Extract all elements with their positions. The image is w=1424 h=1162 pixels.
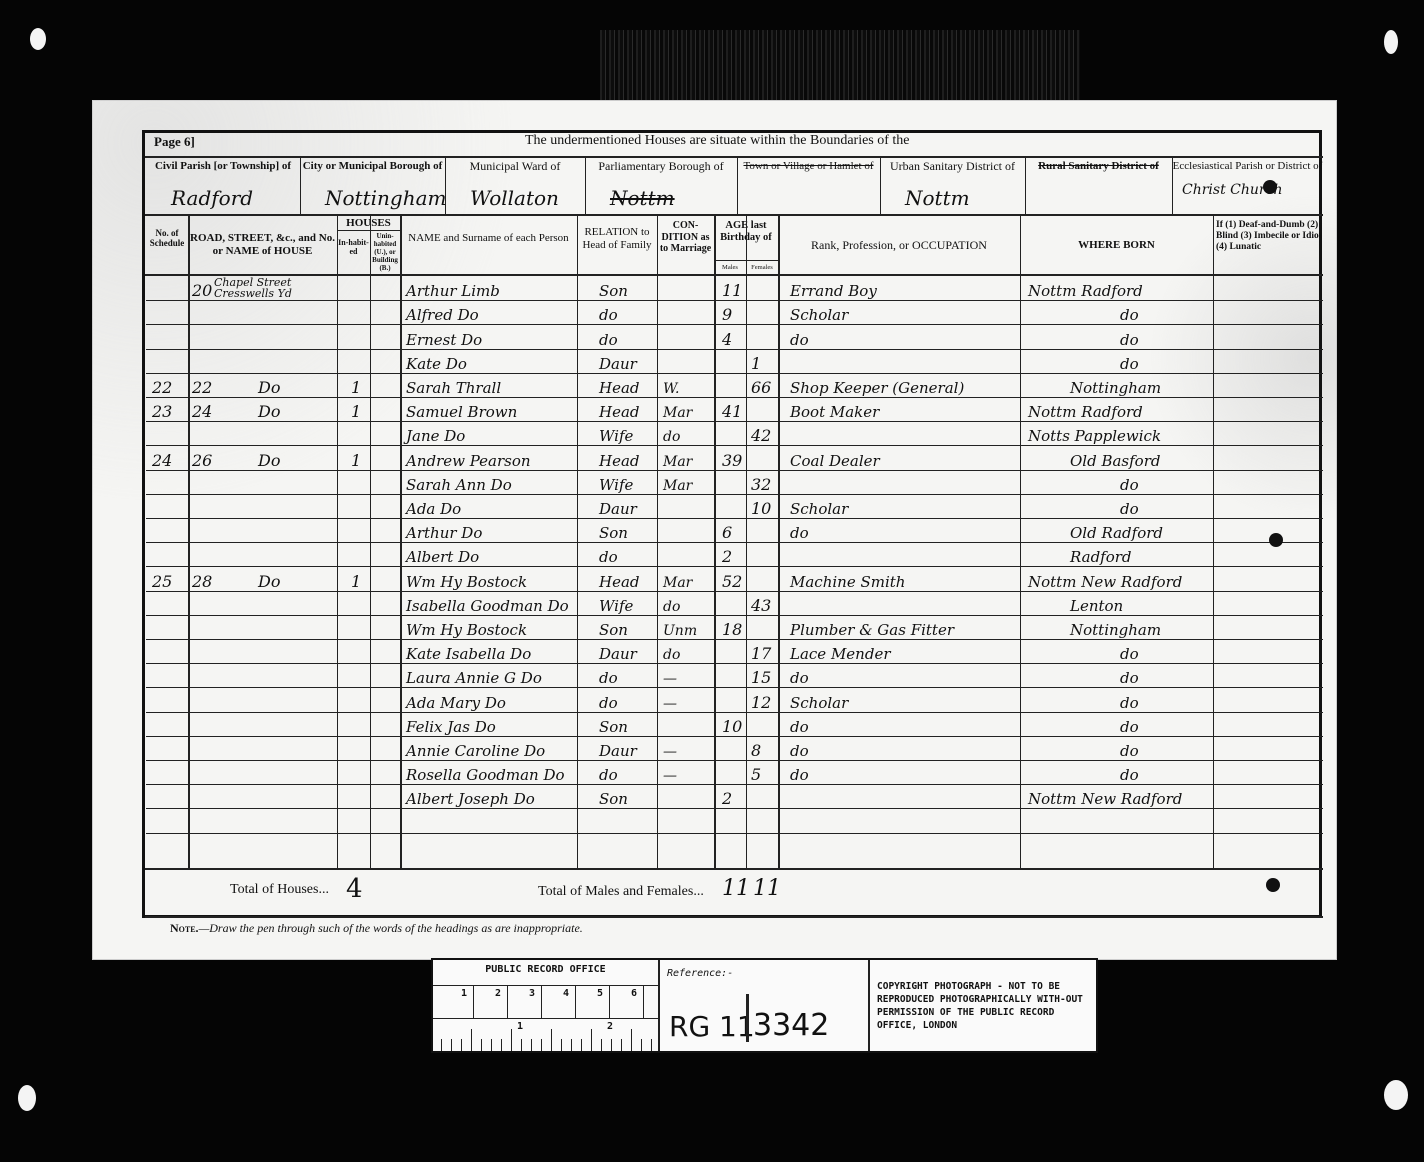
house-number: 24	[192, 397, 227, 421]
relation: do	[599, 760, 655, 784]
road-name	[258, 663, 318, 687]
person-name: Laura Annie G Do	[406, 663, 575, 687]
road-name: Chapel Street Cresswells Yd	[214, 276, 335, 300]
rule	[433, 1018, 658, 1019]
relation: Wife	[599, 591, 655, 615]
relation: do	[599, 663, 655, 687]
relation: Daur	[599, 349, 655, 373]
schedule-number: 22	[152, 373, 186, 397]
ruler-tick	[451, 1039, 452, 1051]
birthplace: do	[1120, 712, 1209, 736]
column-header: Females	[746, 264, 778, 271]
house-number: 22	[192, 373, 227, 397]
ruler-mark: 2	[495, 988, 501, 999]
female-age: 12	[751, 687, 777, 711]
male-age	[722, 591, 744, 615]
road-name	[258, 421, 318, 445]
reference-series: RG 11	[669, 1010, 755, 1043]
marital-condition: Unm	[663, 615, 712, 639]
ruler-tick	[631, 1029, 632, 1051]
male-age: 10	[722, 712, 744, 736]
ruler-tick	[571, 1039, 572, 1051]
rule	[145, 214, 1323, 216]
ruler-tick	[501, 1039, 502, 1051]
column-header: Unin-habited (U.), or Building (B.)	[370, 232, 400, 272]
ruler-mark: 1	[461, 988, 467, 999]
birthplace: Nottm New Radford	[1028, 784, 1209, 808]
road-name	[258, 470, 318, 494]
row-rule	[146, 833, 1323, 834]
relation: Son	[599, 712, 655, 736]
relation: do	[599, 324, 655, 348]
inhabited-count	[351, 324, 371, 348]
inhabited-count	[351, 808, 371, 832]
marital-condition	[663, 276, 712, 300]
ruler-tick	[611, 1039, 612, 1051]
male-age	[722, 639, 744, 663]
inhabited-count	[351, 615, 371, 639]
road-name	[258, 300, 318, 324]
ruler-tick	[541, 1039, 542, 1051]
ruler-tick	[507, 985, 508, 1018]
schedule-number	[152, 349, 186, 373]
boundary-value: Wollaton	[470, 186, 559, 210]
male-age	[722, 808, 744, 832]
ruler-mark: 1	[517, 1021, 523, 1032]
ruler-tick	[473, 985, 474, 1018]
male-age: 2	[722, 784, 744, 808]
inhabited-count	[351, 542, 371, 566]
ruler-mark: 4	[563, 988, 569, 999]
marital-condition: —	[663, 663, 712, 687]
female-age: 8	[751, 736, 777, 760]
boundary-label: City or Municipal Borough of	[300, 160, 445, 173]
schedule-number	[152, 784, 186, 808]
marital-condition	[663, 542, 712, 566]
relation: Daur	[599, 639, 655, 663]
column-header: Males	[714, 264, 746, 271]
ruler-mark: 3	[529, 988, 535, 999]
male-age	[722, 421, 744, 445]
occupation	[790, 542, 1018, 566]
birthplace: Lenton	[1070, 591, 1209, 615]
person-name: Kate Isabella Do	[406, 639, 575, 663]
marital-condition	[663, 518, 712, 542]
occupation	[790, 349, 1018, 373]
boundary-label: Urban Sanitary District of	[880, 160, 1025, 174]
ruler-tick	[551, 1029, 552, 1051]
marital-condition: —	[663, 687, 712, 711]
ruler-tick	[581, 1039, 582, 1051]
road-name: Do	[258, 445, 318, 469]
relation: Son	[599, 615, 655, 639]
inhabited-count	[351, 784, 371, 808]
occupation: Lace Mender	[790, 639, 1018, 663]
male-age	[722, 349, 744, 373]
house-number	[192, 639, 227, 663]
person-name: Felix Jas Do	[406, 712, 575, 736]
relation: Son	[599, 784, 655, 808]
birthplace: do	[1120, 300, 1209, 324]
ruler-tick	[481, 1039, 482, 1051]
male-age	[722, 687, 744, 711]
road-name	[258, 808, 318, 832]
inhabited-count	[351, 663, 371, 687]
female-age: 10	[751, 494, 777, 518]
occupation: Plumber & Gas Fitter	[790, 615, 1018, 639]
occupation: do	[790, 518, 1018, 542]
birthplace: Radford	[1070, 542, 1209, 566]
female-age: 5	[751, 760, 777, 784]
inhabited-count	[351, 470, 371, 494]
birthplace: do	[1120, 349, 1209, 373]
schedule-number	[152, 760, 186, 784]
form-note: Note.—Draw the pen through such of the w…	[170, 921, 583, 936]
column-header: WHERE BORN	[1020, 239, 1213, 252]
occupation: Shop Keeper (General)	[790, 373, 1018, 397]
schedule-number	[152, 494, 186, 518]
birthplace: Nottm Radford	[1028, 397, 1209, 421]
house-number	[192, 470, 227, 494]
house-number	[192, 736, 227, 760]
occupation: do	[790, 324, 1018, 348]
boundary-value: Nottm	[905, 186, 970, 210]
birthplace: Nottingham	[1070, 615, 1209, 639]
house-number	[192, 349, 227, 373]
house-number: 26	[192, 445, 227, 469]
schedule-number: 24	[152, 445, 186, 469]
female-age	[751, 276, 777, 300]
male-age: 41	[722, 397, 744, 421]
boundary-value: Radford	[171, 186, 253, 210]
house-number	[192, 784, 227, 808]
marital-condition: do	[663, 421, 712, 445]
birthplace: Nottm New Radford	[1028, 566, 1209, 590]
road-name	[258, 687, 318, 711]
boundary-label: Town or Village or Hamlet of	[737, 160, 880, 173]
female-age: 32	[751, 470, 777, 494]
marital-condition: do	[663, 639, 712, 663]
relation: Son	[599, 518, 655, 542]
occupation: Boot Maker	[790, 397, 1018, 421]
total-houses-label: Total of Houses...	[230, 882, 329, 898]
ruler-tick	[651, 1039, 652, 1051]
ruler-tick	[575, 985, 576, 1018]
schedule-number	[152, 663, 186, 687]
occupation: do	[790, 760, 1018, 784]
inhabited-count	[351, 300, 371, 324]
marital-condition: W.	[663, 373, 712, 397]
occupation: do	[790, 712, 1018, 736]
ruler-tick	[609, 985, 610, 1018]
house-number	[192, 494, 227, 518]
column-header: NAME and Surname of each Person	[400, 232, 577, 245]
person-name: Arthur Do	[406, 518, 575, 542]
inhabited-count	[351, 494, 371, 518]
road-name	[258, 736, 318, 760]
road-name	[258, 639, 318, 663]
female-age: 42	[751, 421, 777, 445]
birthplace: do	[1120, 663, 1209, 687]
male-age	[722, 470, 744, 494]
occupation: do	[790, 663, 1018, 687]
inhabited-count	[351, 639, 371, 663]
relation: Daur	[599, 736, 655, 760]
female-age	[751, 445, 777, 469]
occupation: Machine Smith	[790, 566, 1018, 590]
house-number	[192, 615, 227, 639]
male-age: 4	[722, 324, 744, 348]
column-header: If (1) Deaf-and-Dumb (2) Blind (3) Imbec…	[1216, 220, 1323, 253]
birthplace: Old Radford	[1070, 518, 1209, 542]
reference-divider	[746, 994, 749, 1042]
ruler-tick	[521, 1039, 522, 1051]
house-number	[192, 518, 227, 542]
column-header: No. of Schedule	[146, 228, 188, 249]
relation: Head	[599, 445, 655, 469]
person-name: Annie Caroline Do	[406, 736, 575, 760]
schedule-number	[152, 300, 186, 324]
rule	[337, 230, 400, 231]
schedule-number	[152, 591, 186, 615]
public-record-office-stamp: PUBLIC RECORD OFFICE 12345612 Reference:…	[431, 958, 1098, 1053]
person-name: Albert Do	[406, 542, 575, 566]
schedule-number	[152, 712, 186, 736]
birthplace: do	[1120, 687, 1209, 711]
road-name	[258, 518, 318, 542]
occupation	[790, 808, 1018, 832]
female-age: 66	[751, 373, 777, 397]
female-age	[751, 712, 777, 736]
female-age	[751, 566, 777, 590]
inhabited-count	[351, 421, 371, 445]
house-number: 28	[192, 566, 227, 590]
female-age	[751, 324, 777, 348]
road-name	[258, 760, 318, 784]
column-header: RELATION to Head of Family	[577, 226, 657, 251]
marital-condition	[663, 324, 712, 348]
relation	[599, 808, 655, 832]
house-number	[192, 712, 227, 736]
road-name	[258, 324, 318, 348]
road-name: Do	[258, 397, 318, 421]
relation: do	[599, 542, 655, 566]
birthplace: do	[1120, 639, 1209, 663]
inhabited-count	[351, 712, 371, 736]
person-name: Albert Joseph Do	[406, 784, 575, 808]
ruler-tick	[641, 1039, 642, 1051]
schedule-number	[152, 421, 186, 445]
person-name: Isabella Goodman Do	[406, 591, 575, 615]
inhabited-count	[351, 687, 371, 711]
relation: Son	[599, 276, 655, 300]
occupation	[790, 784, 1018, 808]
relation: Wife	[599, 421, 655, 445]
note-text: —Draw the pen through such of the words …	[199, 921, 583, 935]
boundary-label: Ecclesiastical Parish or District of	[1172, 160, 1323, 173]
birthplace: Notts Papplewick	[1028, 421, 1209, 445]
road-name	[258, 349, 318, 373]
note-prefix: Note.	[170, 921, 199, 935]
person-name: Wm Hy Bostock	[406, 615, 575, 639]
house-number	[192, 324, 227, 348]
occupation: do	[790, 736, 1018, 760]
female-age	[751, 518, 777, 542]
person-name: Andrew Pearson	[406, 445, 575, 469]
rule	[868, 960, 870, 1051]
road-name	[258, 494, 318, 518]
punch-hole	[1266, 878, 1280, 892]
marital-condition: Mar	[663, 445, 712, 469]
marital-condition	[663, 808, 712, 832]
male-age	[722, 663, 744, 687]
schedule-number	[152, 518, 186, 542]
boundary-label: Civil Parish [or Township] of	[146, 160, 300, 173]
relation: do	[599, 687, 655, 711]
inhabited-count	[351, 349, 371, 373]
marital-condition: —	[663, 760, 712, 784]
total-females-value: 11	[753, 876, 781, 901]
person-name: Alfred Do	[406, 300, 575, 324]
reference-label: Reference:-	[667, 968, 733, 979]
rule	[145, 916, 1323, 918]
column-header: Rank, Profession, or OCCUPATION	[778, 239, 1020, 253]
ruler-scale: 12345612	[433, 985, 658, 1051]
female-age	[751, 615, 777, 639]
person-name: Kate Do	[406, 349, 575, 373]
person-name: Sarah Thrall	[406, 373, 575, 397]
marital-condition: Mar	[663, 470, 712, 494]
marital-condition: Mar	[663, 397, 712, 421]
birthplace: do	[1120, 470, 1209, 494]
schedule-number	[152, 808, 186, 832]
schedule-number: 25	[152, 566, 186, 590]
birthplace: do	[1120, 736, 1209, 760]
male-age	[722, 373, 744, 397]
occupation: Scholar	[790, 300, 1018, 324]
boundary-label: Parliamentary Borough of	[585, 160, 737, 174]
female-age	[751, 542, 777, 566]
marital-condition: Mar	[663, 566, 712, 590]
house-number	[192, 542, 227, 566]
female-age	[751, 397, 777, 421]
ruler-tick	[601, 1039, 602, 1051]
female-age	[751, 808, 777, 832]
pro-title: PUBLIC RECORD OFFICE	[433, 964, 658, 975]
road-name	[258, 615, 318, 639]
occupation: Scholar	[790, 687, 1018, 711]
female-age: 1	[751, 349, 777, 373]
ruler-tick	[561, 1039, 562, 1051]
house-number	[192, 300, 227, 324]
rule	[145, 156, 1323, 158]
film-speck	[18, 1085, 36, 1111]
person-name: Ada Do	[406, 494, 575, 518]
ruler-tick	[461, 1039, 462, 1051]
road-name: Do	[258, 566, 318, 590]
person-name: Ada Mary Do	[406, 687, 575, 711]
boundary-label: Rural Sanitary District of	[1025, 160, 1172, 173]
male-age: 39	[722, 445, 744, 469]
person-name: Wm Hy Bostock	[406, 566, 575, 590]
total-males-value: 11	[722, 876, 750, 901]
inhabited-count: 1	[351, 373, 371, 397]
boundaries-title: The undermentioned Houses are situate wi…	[525, 133, 910, 149]
inhabited-count	[351, 518, 371, 542]
birthplace	[1070, 808, 1209, 832]
occupation	[790, 591, 1018, 615]
column-header: In-habit-ed	[337, 238, 370, 256]
marital-condition	[663, 300, 712, 324]
house-number	[192, 808, 227, 832]
ruler-tick	[531, 1039, 532, 1051]
marital-condition	[663, 349, 712, 373]
punch-hole	[1263, 180, 1277, 194]
schedule-number	[152, 470, 186, 494]
ruler-tick	[471, 1029, 472, 1051]
schedule-number: 23	[152, 397, 186, 421]
relation: Daur	[599, 494, 655, 518]
person-name: Jane Do	[406, 421, 575, 445]
inhabited-count	[351, 736, 371, 760]
marital-condition: do	[663, 591, 712, 615]
marital-condition: —	[663, 736, 712, 760]
female-age	[751, 784, 777, 808]
male-age: 2	[722, 542, 744, 566]
relation: Head	[599, 566, 655, 590]
person-name: Rosella Goodman Do	[406, 760, 575, 784]
schedule-number	[152, 736, 186, 760]
relation: Head	[599, 373, 655, 397]
road-name	[258, 542, 318, 566]
ruler-mark: 6	[631, 988, 637, 999]
female-age: 43	[751, 591, 777, 615]
road-name	[258, 784, 318, 808]
female-age: 17	[751, 639, 777, 663]
occupation	[790, 470, 1018, 494]
marital-condition	[663, 494, 712, 518]
house-number	[192, 421, 227, 445]
house-number	[192, 591, 227, 615]
film-speck	[1384, 1080, 1408, 1110]
marital-condition	[663, 712, 712, 736]
ruler-tick	[491, 1039, 492, 1051]
boundary-value: Nottm	[610, 186, 675, 210]
male-age	[722, 760, 744, 784]
film-speck	[30, 28, 46, 50]
inhabited-count	[351, 276, 371, 300]
total-houses-value: 4	[346, 874, 363, 904]
inhabited-count	[351, 591, 371, 615]
relation: do	[599, 300, 655, 324]
birthplace: Nottingham	[1070, 373, 1209, 397]
ruler-tick	[441, 1039, 442, 1051]
reference-piece: 3342	[753, 1008, 829, 1043]
page-number: Page 6]	[154, 134, 195, 150]
male-age: 18	[722, 615, 744, 639]
rule	[145, 868, 1323, 870]
birthplace: do	[1120, 324, 1209, 348]
occupation	[790, 421, 1018, 445]
relation: Head	[599, 397, 655, 421]
house-number	[192, 663, 227, 687]
inhabited-count: 1	[351, 445, 371, 469]
column-header: CON-DITION as to Marriage	[657, 220, 714, 255]
ruler-tick	[621, 1039, 622, 1051]
schedule-number	[152, 687, 186, 711]
relation: Wife	[599, 470, 655, 494]
road-name: Do	[258, 373, 318, 397]
